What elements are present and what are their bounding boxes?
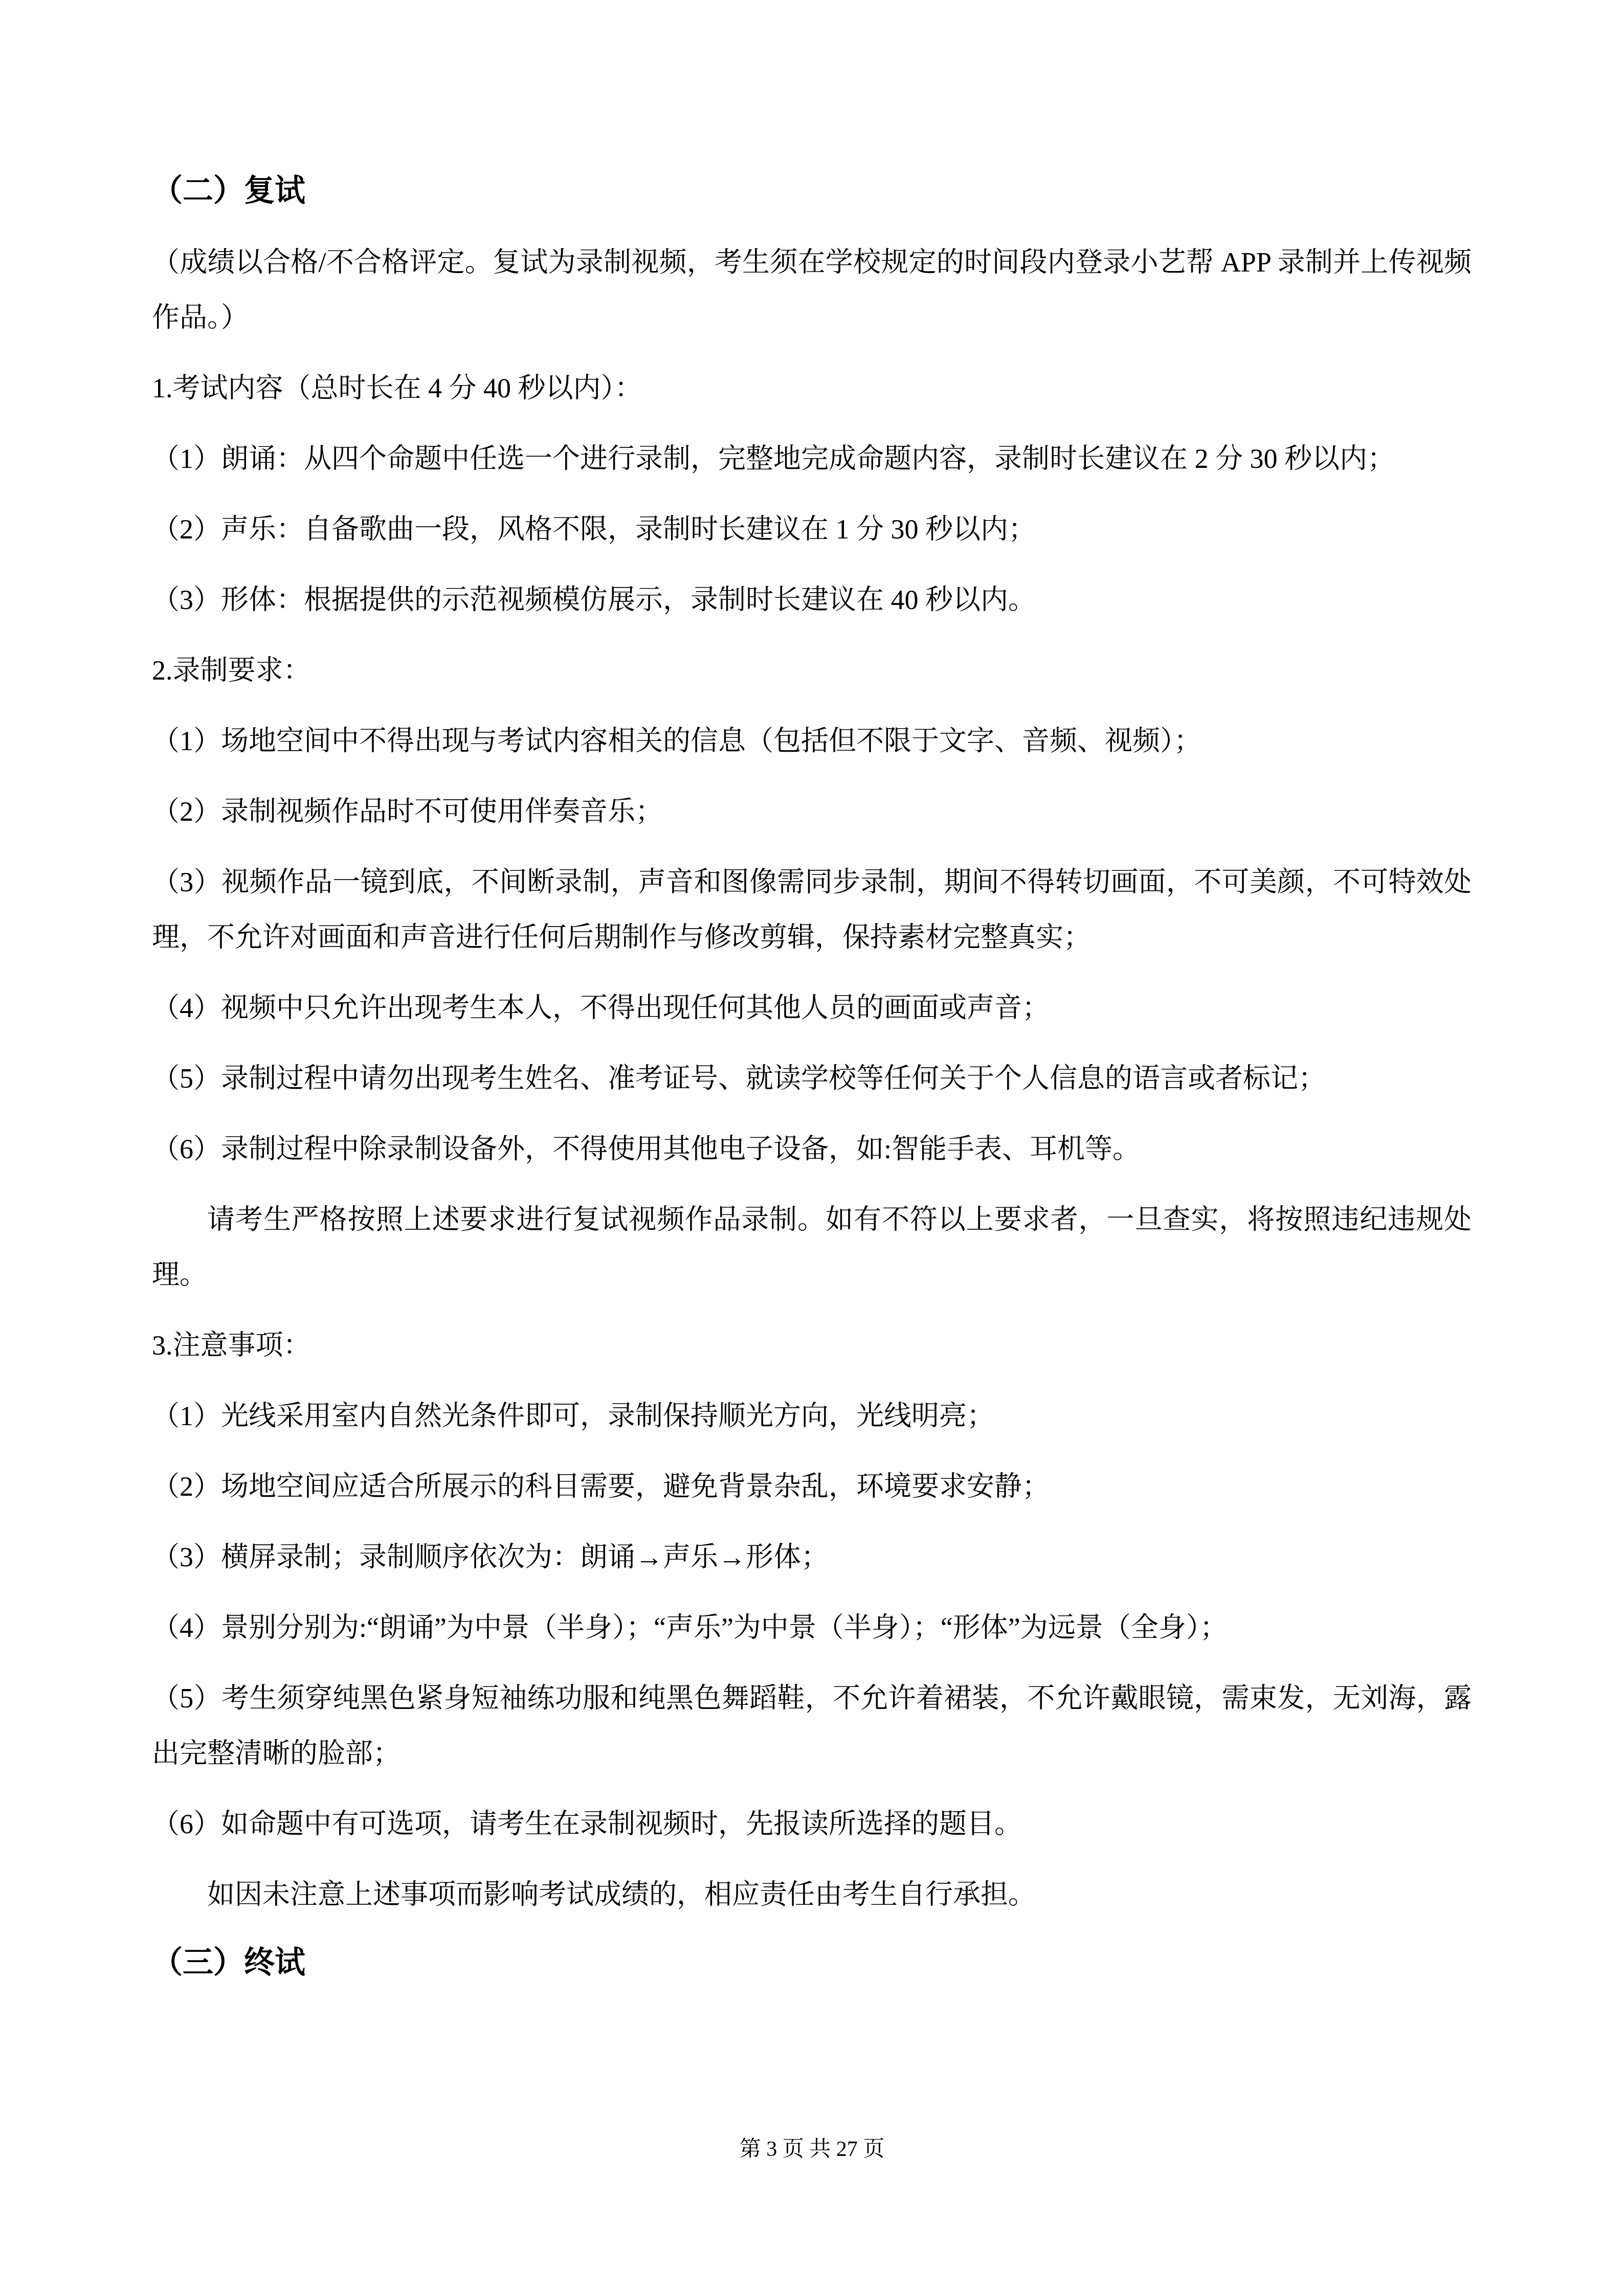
para-note-6: （6）如命题中有可选项，请考生在录制视频时，先报读所选择的题目。 (152, 1796, 1472, 1852)
para-recording-req-1: （1）场地空间中不得出现与考试内容相关的信息（包括但不限于文字、音频、视频）； (152, 713, 1472, 769)
heading-retest: （二）复试 (152, 166, 1472, 216)
para-note-2: （2）场地空间应适合所展示的科目需要，避免背景杂乱，环境要求安静； (152, 1459, 1472, 1514)
para-retest-intro: （成绩以合格/不合格评定。复试为录制视频，考生须在学校规定的时间段内登录小艺帮 … (152, 235, 1472, 345)
para-exam-content-title: 1.考试内容（总时长在 4 分 40 秒以内）： (152, 361, 1472, 416)
para-recording-req-4: （4）视频中只允许出现考生本人，不得出现任何其他人员的画面或声音； (152, 980, 1472, 1036)
para-notes-title: 3.注意事项： (152, 1318, 1472, 1373)
para-recording-req-3: （3）视频作品一镜到底，不间断录制，声音和图像需同步录制，期间不得转切画面，不可… (152, 854, 1472, 965)
para-recording-requirements-title: 2.录制要求： (152, 643, 1472, 698)
para-recording-req-5: （5）录制过程中请勿出现考生姓名、准考证号、就读学校等任何关于个人信息的语言或者… (152, 1051, 1472, 1106)
para-note-1: （1）光线采用室内自然光条件即可，录制保持顺光方向，光线明亮； (152, 1388, 1472, 1444)
document-page: （二）复试 （成绩以合格/不合格评定。复试为录制视频，考生须在学校规定的时间段内… (0, 0, 1624, 2296)
para-exam-item-body: （3）形体：根据提供的示范视频模仿展示，录制时长建议在 40 秒以内。 (152, 572, 1472, 627)
para-recording-req-2: （2）录制视频作品时不可使用伴奏音乐； (152, 784, 1472, 839)
para-exam-item-vocal: （2）声乐：自备歌曲一段，风格不限，录制时长建议在 1 分 30 秒以内； (152, 502, 1472, 557)
page-number-footer: 第 3 页 共 27 页 (0, 2136, 1624, 2162)
para-responsibility-notice: 如因未注意上述事项而影响考试成绩的，相应责任由考生自行承担。 (152, 1867, 1472, 1922)
para-note-3: （3）横屏录制；录制顺序依次为：朗诵→声乐→形体； (152, 1529, 1472, 1585)
para-strict-notice: 请考生严格按照上述要求进行复试视频作品录制。如有不符以上要求者，一旦查实，将按照… (152, 1192, 1472, 1302)
para-note-4: （4）景别分别为:“朗诵”为中景（半身）；“声乐”为中景（半身）；“形体”为远景… (152, 1600, 1472, 1655)
heading-final-test: （三）终试 (152, 1938, 1472, 1988)
para-recording-req-6: （6）录制过程中除录制设备外，不得使用其他电子设备，如:智能手表、耳机等。 (152, 1121, 1472, 1177)
para-exam-item-recitation: （1）朗诵：从四个命题中任选一个进行录制，完整地完成命题内容，录制时长建议在 2… (152, 431, 1472, 486)
para-note-5: （5）考生须穿纯黑色紧身短袖练功服和纯黑色舞蹈鞋，不允许着裙装，不允许戴眼镜，需… (152, 1671, 1472, 1781)
